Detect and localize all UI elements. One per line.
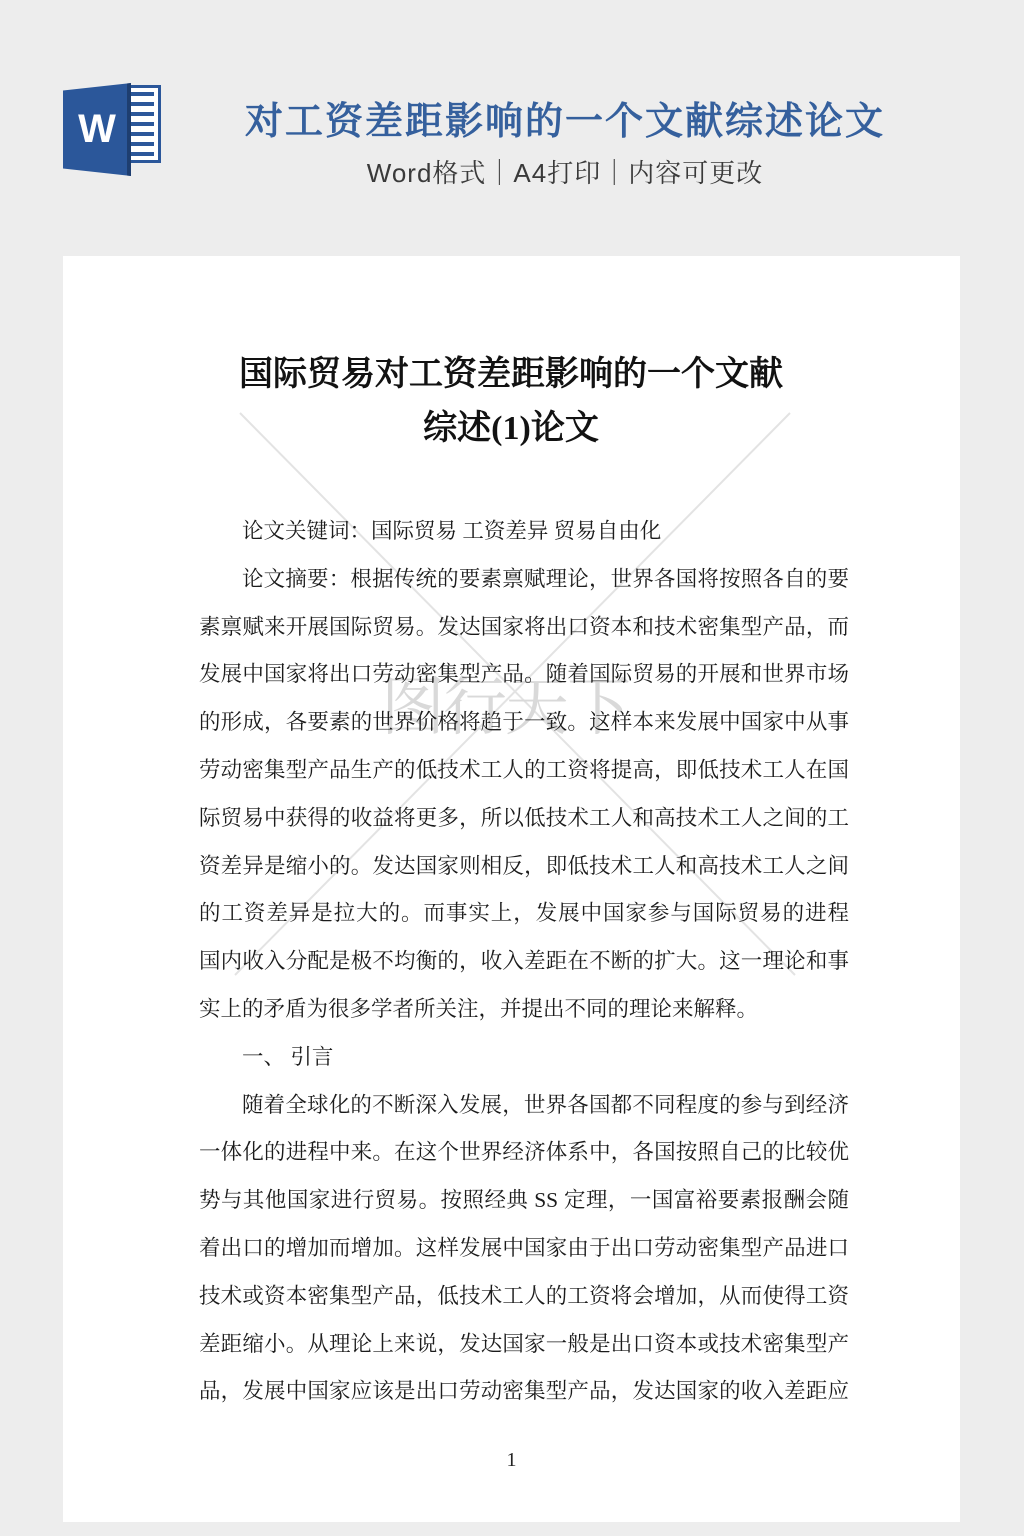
doc-line: 论文摘要：根据传统的要素禀赋理论，世界各国将按照各自的要: [199, 556, 849, 604]
document-title-line: 综述(1)论文: [187, 402, 835, 456]
page-number: 1: [63, 1448, 960, 1472]
document-page: 图行天下 国际贸易对工资差距影响的一个文献综述(1)论文 论文关键词：国际贸易 …: [63, 256, 960, 1522]
doc-line: 一体化的进程中来。在这个世界经济体系中，各国按照自己的比较优: [199, 1129, 849, 1177]
doc-line: 发展中国家将出口劳动密集型产品。随着国际贸易的开展和世界市场: [199, 651, 849, 699]
doc-line: 差距缩小。从理论上来说，发达国家一般是出口资本或技术密集型产: [199, 1321, 849, 1369]
word-w-glyph: W: [63, 83, 131, 176]
header-title: 对工资差距影响的一个文献综述论文: [170, 90, 960, 145]
doc-line: 实上的矛盾为很多学者所关注，并提出不同的理论来解释。: [199, 986, 849, 1034]
doc-line: 的工资差异是拉大的。而事实上，发展中国家参与国际贸易的进程中，: [199, 890, 849, 938]
doc-line: 技术或资本密集型产品，低技术工人的工资将会增加，从而使得工资: [199, 1273, 849, 1321]
doc-line: 的形成，各要素的世界价格将趋于一致。这样本来发展中国家中从事: [199, 699, 849, 747]
doc-line: 一、 引言: [199, 1034, 849, 1082]
document-body: 论文关键词：国际贸易 工资差异 贸易自由化论文摘要：根据传统的要素禀赋理论，世界…: [199, 508, 849, 1416]
doc-line: 国内收入分配是极不均衡的，收入差距在不断的扩大。这一理论和事: [199, 938, 849, 986]
word-icon: W: [63, 83, 163, 176]
doc-line: 际贸易中获得的收益将更多，所以低技术工人和高技术工人之间的工: [199, 795, 849, 843]
document-title: 国际贸易对工资差距影响的一个文献综述(1)论文: [187, 348, 835, 456]
doc-line: 势与其他国家进行贸易。按照经典 SS 定理，一国富裕要素报酬会随: [199, 1177, 849, 1225]
header-subtitle: Word格式｜A4打印｜内容可更改: [170, 153, 960, 190]
doc-line: 着出口的增加而增加。这样发展中国家由于出口劳动密集型产品进口: [199, 1225, 849, 1273]
doc-line: 随着全球化的不断深入发展，世界各国都不同程度的参与到经济: [199, 1082, 849, 1130]
doc-line: 品，发展中国家应该是出口劳动密集型产品，发达国家的收入差距应: [199, 1368, 849, 1416]
doc-line: 资差异是缩小的。发达国家则相反，即低技术工人和高技术工人之间: [199, 843, 849, 891]
doc-line: 素禀赋来开展国际贸易。发达国家将出口资本和技术密集型产品，而: [199, 604, 849, 652]
screenshot-canvas: W 对工资差距影响的一个文献综述论文 Word格式｜A4打印｜内容可更改 图行天…: [0, 0, 1024, 1536]
document-title-line: 国际贸易对工资差距影响的一个文献: [187, 348, 835, 402]
doc-line: 论文关键词：国际贸易 工资差异 贸易自由化: [199, 508, 849, 556]
doc-line: 劳动密集型产品生产的低技术工人的工资将提高，即低技术工人在国: [199, 747, 849, 795]
